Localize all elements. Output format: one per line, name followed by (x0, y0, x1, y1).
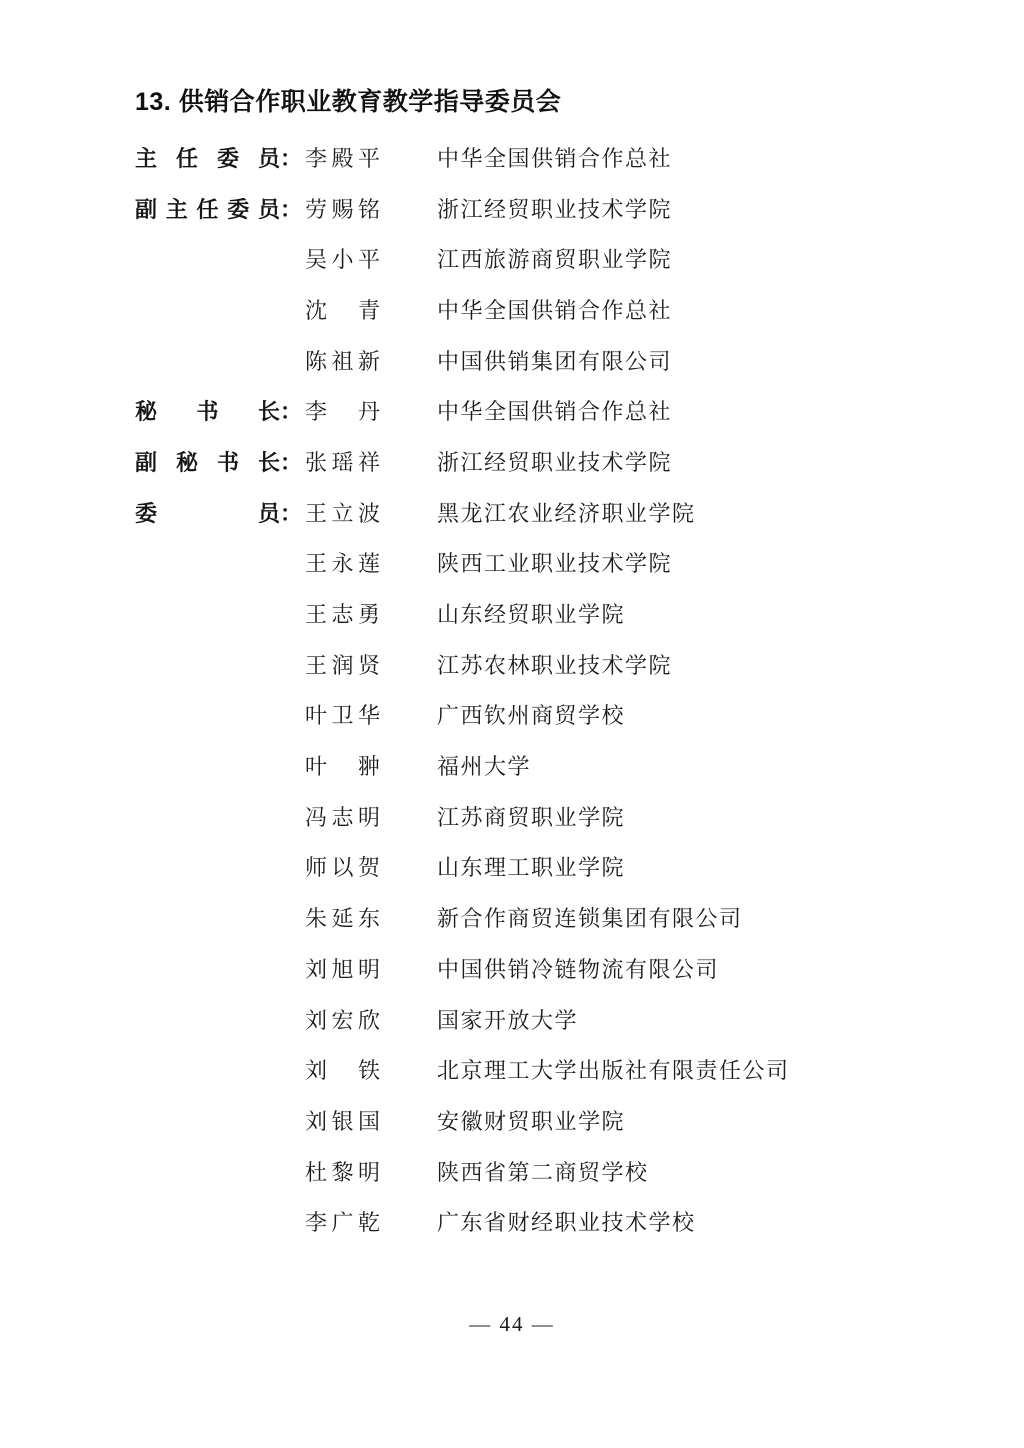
cjk-char: 叶 (305, 750, 327, 781)
member-row: 刘宏欣 国家开放大学 (135, 994, 935, 1045)
member-name: 李广乾 (305, 1206, 380, 1237)
member-row: 王润贤 江苏农林职业技术学院 (135, 639, 935, 690)
member-row: 王永莲 陕西工业职业技术学院 (135, 538, 935, 589)
cjk-char: 铭 (358, 193, 380, 224)
cjk-char: 委 (217, 142, 239, 173)
cjk-char: 瑶 (331, 446, 353, 477)
member-organization: 中国供销冷链物流有限公司 (437, 953, 719, 984)
cjk-char: 吴 (305, 243, 327, 274)
role-colon: ： (280, 395, 305, 426)
member-organization: 广西钦州商贸学校 (437, 699, 625, 730)
cjk-char: 劳 (305, 193, 327, 224)
member-organization: 安徽财贸职业学院 (437, 1105, 625, 1136)
member-name: 王永莲 (305, 547, 380, 578)
cjk-char: 主 (135, 142, 157, 173)
member-organization: 山东经贸职业学院 (437, 598, 625, 629)
cjk-char: 欣 (358, 1004, 380, 1035)
committee-member-list: 主任委员 ： 李殿平 中华全国供销合作总社 副主任委员 ： 劳赐铭 浙江经贸职业… (135, 132, 935, 1247)
member-organization: 陕西省第二商贸学校 (437, 1156, 649, 1187)
member-row: 主任委员 ： 李殿平 中华全国供销合作总社 (135, 132, 935, 183)
member-organization: 广东省财经职业技术学校 (437, 1206, 696, 1237)
role-label: 委员 (135, 497, 280, 528)
cjk-char: 宏 (331, 1004, 353, 1035)
cjk-char: 李 (305, 1206, 327, 1237)
cjk-char: 李 (305, 142, 327, 173)
cjk-char: 员 (258, 193, 280, 224)
cjk-char: 长 (258, 395, 280, 426)
member-organization: 国家开放大学 (437, 1004, 578, 1035)
member-row: 副主任委员 ： 劳赐铭 浙江经贸职业技术学院 (135, 183, 935, 234)
cjk-char: 卫 (331, 699, 353, 730)
member-organization: 中国供销集团有限公司 (437, 345, 672, 376)
member-row: 吴小平 江西旅游商贸职业学院 (135, 233, 935, 284)
member-organization: 中华全国供销合作总社 (437, 142, 672, 173)
cjk-char: 员 (258, 497, 280, 528)
cjk-char: 叶 (305, 699, 327, 730)
member-name: 王润贤 (305, 649, 380, 680)
member-organization: 江苏商贸职业学院 (437, 801, 625, 832)
cjk-char: 任 (176, 142, 198, 173)
cjk-char: 东 (358, 902, 380, 933)
member-row: 刘旭明 中国供销冷链物流有限公司 (135, 943, 935, 994)
cjk-char: 延 (331, 902, 353, 933)
role-colon: ： (280, 446, 305, 477)
member-row: 陈祖新 中国供销集团有限公司 (135, 335, 935, 386)
cjk-char: 陈 (305, 345, 327, 376)
cjk-char: 委 (227, 193, 249, 224)
cjk-char: 主 (166, 193, 188, 224)
cjk-char: 平 (358, 243, 380, 274)
cjk-char: 铁 (358, 1054, 380, 1085)
role-colon: ： (280, 142, 305, 173)
cjk-char: 黎 (331, 1156, 353, 1187)
member-row: 叶翀 福州大学 (135, 740, 935, 791)
member-organization: 北京理工大学出版社有限责任公司 (437, 1054, 790, 1085)
member-organization: 福州大学 (437, 750, 531, 781)
member-name: 刘铁 (305, 1054, 380, 1085)
cjk-char: 乾 (358, 1206, 380, 1237)
cjk-char: 李 (305, 395, 327, 426)
cjk-char: 副 (135, 446, 157, 477)
cjk-char: 翀 (358, 750, 380, 781)
cjk-char: 副 (135, 193, 157, 224)
member-row: 副秘书长 ： 张瑶祥 浙江经贸职业技术学院 (135, 436, 935, 487)
cjk-char: 祖 (331, 345, 353, 376)
cjk-char: 书 (196, 395, 218, 426)
member-name: 朱延东 (305, 902, 380, 933)
cjk-char: 明 (358, 801, 380, 832)
cjk-char: 赐 (331, 193, 353, 224)
cjk-char: 以 (331, 851, 353, 882)
cjk-char: 秘 (176, 446, 198, 477)
cjk-char: 刘 (305, 1105, 327, 1136)
cjk-char: 沈 (305, 294, 327, 325)
member-name: 沈青 (305, 294, 380, 325)
member-organization: 中华全国供销合作总社 (437, 294, 672, 325)
cjk-char: 王 (305, 649, 327, 680)
member-name: 李丹 (305, 395, 380, 426)
member-name: 师以贺 (305, 851, 380, 882)
role-label: 主任委员 (135, 142, 280, 173)
role-label: 秘书长 (135, 395, 280, 426)
member-organization: 黑龙江农业经济职业学院 (437, 497, 696, 528)
cjk-char: 波 (358, 497, 380, 528)
cjk-char: 丹 (358, 395, 380, 426)
cjk-char: 明 (358, 953, 380, 984)
member-row: 冯志明 江苏商贸职业学院 (135, 791, 935, 842)
member-row: 李广乾 广东省财经职业技术学校 (135, 1196, 935, 1247)
cjk-char: 祥 (358, 446, 380, 477)
member-organization: 陕西工业职业技术学院 (437, 547, 672, 578)
member-row: 沈青 中华全国供销合作总社 (135, 284, 935, 335)
cjk-char: 志 (331, 598, 353, 629)
member-organization: 浙江经贸职业技术学院 (437, 193, 672, 224)
member-organization: 新合作商贸连锁集团有限公司 (437, 902, 743, 933)
member-name: 劳赐铭 (305, 193, 380, 224)
cjk-char: 任 (196, 193, 218, 224)
member-name: 冯志明 (305, 801, 380, 832)
cjk-char: 殿 (331, 142, 353, 173)
member-row: 师以贺 山东理工职业学院 (135, 842, 935, 893)
cjk-char: 银 (331, 1105, 353, 1136)
cjk-char: 贺 (358, 851, 380, 882)
cjk-char: 长 (258, 446, 280, 477)
member-row: 委员 ： 王立波 黑龙江农业经济职业学院 (135, 487, 935, 538)
member-organization: 江苏农林职业技术学院 (437, 649, 672, 680)
cjk-char: 刘 (305, 1054, 327, 1085)
cjk-char: 润 (331, 649, 353, 680)
member-row: 王志勇 山东经贸职业学院 (135, 588, 935, 639)
cjk-char: 新 (358, 345, 380, 376)
cjk-char: 朱 (305, 902, 327, 933)
cjk-char: 永 (331, 547, 353, 578)
member-row: 杜黎明 陕西省第二商贸学校 (135, 1146, 935, 1197)
member-name: 叶卫华 (305, 699, 380, 730)
role-colon: ： (280, 497, 305, 528)
cjk-char: 立 (331, 497, 353, 528)
member-row: 朱延东 新合作商贸连锁集团有限公司 (135, 892, 935, 943)
section-title: 13. 供销合作职业教育教学指导委员会 (135, 82, 561, 118)
role-label: 副秘书长 (135, 446, 280, 477)
cjk-char: 张 (305, 446, 327, 477)
member-name: 李殿平 (305, 142, 380, 173)
role-colon: ： (280, 193, 305, 224)
member-organization: 江西旅游商贸职业学院 (437, 243, 672, 274)
cjk-char: 勇 (358, 598, 380, 629)
cjk-char: 旭 (331, 953, 353, 984)
member-name: 吴小平 (305, 243, 380, 274)
cjk-char: 明 (358, 1156, 380, 1187)
cjk-char: 书 (217, 446, 239, 477)
cjk-char: 杜 (305, 1156, 327, 1187)
member-name: 杜黎明 (305, 1156, 380, 1187)
member-name: 王立波 (305, 497, 380, 528)
cjk-char: 冯 (305, 801, 327, 832)
member-row: 刘银国 安徽财贸职业学院 (135, 1095, 935, 1146)
cjk-char: 平 (358, 142, 380, 173)
cjk-char: 委 (135, 497, 157, 528)
cjk-char: 刘 (305, 1004, 327, 1035)
cjk-char: 广 (331, 1206, 353, 1237)
member-organization: 中华全国供销合作总社 (437, 395, 672, 426)
cjk-char: 王 (305, 497, 327, 528)
member-organization: 浙江经贸职业技术学院 (437, 446, 672, 477)
cjk-char: 青 (358, 294, 380, 325)
member-organization: 山东理工职业学院 (437, 851, 625, 882)
member-name: 刘银国 (305, 1105, 380, 1136)
document-page: 13. 供销合作职业教育教学指导委员会 主任委员 ： 李殿平 中华全国供销合作总… (0, 0, 1024, 1448)
member-name: 陈祖新 (305, 345, 380, 376)
member-name: 刘宏欣 (305, 1004, 380, 1035)
member-name: 王志勇 (305, 598, 380, 629)
member-name: 叶翀 (305, 750, 380, 781)
member-row: 叶卫华 广西钦州商贸学校 (135, 690, 935, 741)
cjk-char: 王 (305, 547, 327, 578)
cjk-char: 国 (358, 1105, 380, 1136)
member-row: 刘铁 北京理工大学出版社有限责任公司 (135, 1044, 935, 1095)
member-name: 刘旭明 (305, 953, 380, 984)
page-number: — 44 — (0, 1312, 1024, 1337)
cjk-char: 莲 (358, 547, 380, 578)
cjk-char: 志 (331, 801, 353, 832)
member-name: 张瑶祥 (305, 446, 380, 477)
cjk-char: 贤 (358, 649, 380, 680)
cjk-char: 刘 (305, 953, 327, 984)
cjk-char: 秘 (135, 395, 157, 426)
cjk-char: 师 (305, 851, 327, 882)
cjk-char: 小 (331, 243, 353, 274)
cjk-char: 华 (358, 699, 380, 730)
role-label: 副主任委员 (135, 193, 280, 224)
cjk-char: 王 (305, 598, 327, 629)
member-row: 秘书长 ： 李丹 中华全国供销合作总社 (135, 385, 935, 436)
cjk-char: 员 (258, 142, 280, 173)
